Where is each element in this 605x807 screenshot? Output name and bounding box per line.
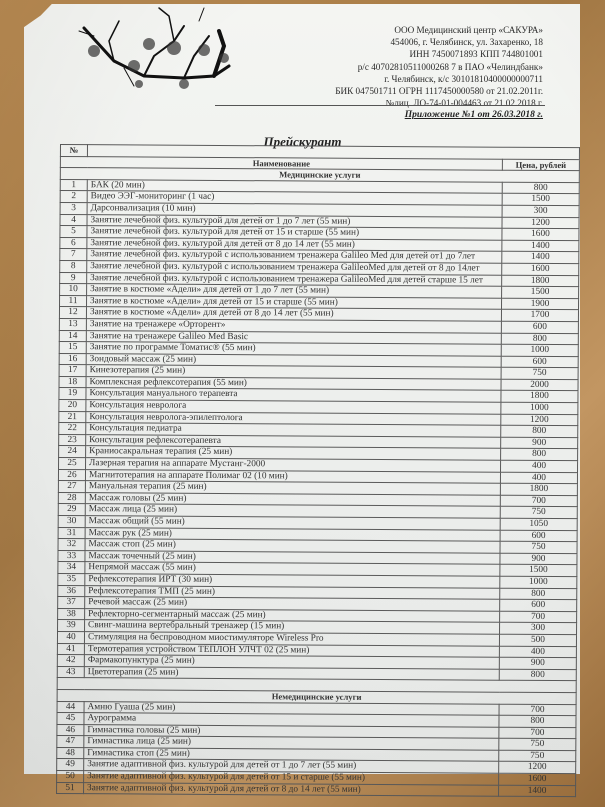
service-price: 400 xyxy=(499,646,576,658)
service-price: 1000 xyxy=(500,576,577,588)
sakura-branch-logo-icon xyxy=(64,6,234,91)
row-number: 23 xyxy=(59,434,86,446)
service-price: 300 xyxy=(502,205,579,217)
price-table: № Наименование Цена, рублей Медицинские … xyxy=(56,144,580,797)
row-number: 31 xyxy=(58,527,85,539)
row-number: 4 xyxy=(60,214,87,226)
row-number: 37 xyxy=(58,597,85,609)
service-price: 1000 xyxy=(501,344,578,356)
table-row: 51Занятие адаптивной физ. культурой для … xyxy=(57,782,576,797)
service-price: 1200 xyxy=(502,217,579,229)
annex-label: Приложение №1 от 26.03.2018 г. xyxy=(405,110,543,120)
service-price: 1200 xyxy=(501,414,578,426)
service-price: 1200 xyxy=(499,762,576,774)
header-divider xyxy=(215,105,545,106)
service-price: 900 xyxy=(501,437,578,449)
row-number: 12 xyxy=(59,307,86,319)
service-price: 750 xyxy=(500,507,577,519)
service-price: 1600 xyxy=(499,773,576,785)
row-number: 35 xyxy=(58,573,85,585)
service-price: 1000 xyxy=(501,402,578,414)
row-number: 22 xyxy=(59,423,86,435)
service-price: 900 xyxy=(500,553,577,565)
service-price: 1400 xyxy=(502,252,579,264)
column-header-num: № xyxy=(60,145,87,157)
row-number: 27 xyxy=(58,481,85,493)
company-requisites: ООО Медицинский центр «САКУРА» 454006, г… xyxy=(335,24,543,109)
row-number: 42 xyxy=(57,655,84,667)
service-name: Занятие адаптивной физ. культурой для де… xyxy=(84,782,499,796)
service-price: 700 xyxy=(499,727,576,739)
company-corr-account: г. Челябинск, к/с 30101810400000000711 xyxy=(335,73,543,85)
row-number: 48 xyxy=(57,747,84,759)
service-price: 500 xyxy=(499,634,576,646)
row-number: 6 xyxy=(60,237,87,249)
row-number: 45 xyxy=(57,713,84,725)
row-number: 41 xyxy=(57,643,84,655)
row-number: 20 xyxy=(59,400,86,412)
row-number: 10 xyxy=(60,284,87,296)
service-price: 1800 xyxy=(501,391,578,403)
company-name: ООО Медицинский центр «САКУРА» xyxy=(335,24,543,36)
service-price: 1600 xyxy=(502,263,579,275)
service-price: 1500 xyxy=(500,565,577,577)
service-price: 750 xyxy=(499,750,576,762)
service-price: 300 xyxy=(500,623,577,635)
column-header-price: Цена, рублей xyxy=(502,159,579,171)
service-price: 1600 xyxy=(502,228,579,240)
row-number: 40 xyxy=(57,631,84,643)
service-price: 900 xyxy=(499,657,576,669)
row-number: 49 xyxy=(57,759,84,771)
service-price: 1900 xyxy=(501,298,578,310)
row-number: 19 xyxy=(59,388,86,400)
row-number: 33 xyxy=(58,550,85,562)
company-license: №лиц. ЛО-74-01-004463 от 21.02.2018 г. xyxy=(335,97,543,109)
service-price: 1400 xyxy=(499,785,576,797)
service-price: 1800 xyxy=(500,483,577,495)
row-number: 38 xyxy=(58,608,85,620)
service-price: 600 xyxy=(501,321,578,333)
service-price: 1400 xyxy=(502,240,579,252)
row-number: 2 xyxy=(60,191,87,203)
service-price: 800 xyxy=(500,588,577,600)
row-number: 32 xyxy=(58,539,85,551)
service-price: 1050 xyxy=(500,518,577,530)
row-number: 1 xyxy=(60,179,87,191)
row-number: 36 xyxy=(58,585,85,597)
service-price: 750 xyxy=(500,541,577,553)
row-number: 39 xyxy=(58,620,85,632)
service-price: 400 xyxy=(500,472,577,484)
row-number: 21 xyxy=(59,411,86,423)
company-bik-ogrn: БИК 047501711 ОГРН 1117450000580 от 21.0… xyxy=(335,85,543,97)
row-number: 29 xyxy=(58,504,85,516)
service-price: 800 xyxy=(501,425,578,437)
row-number: 26 xyxy=(58,469,85,481)
row-number: 30 xyxy=(58,515,85,527)
service-price: 800 xyxy=(502,182,579,194)
row-number: 34 xyxy=(58,562,85,574)
service-price: 1500 xyxy=(502,286,579,298)
row-number: 25 xyxy=(59,458,86,470)
company-inn-kpp: ИНН 7450071893 КПП 744801001 xyxy=(335,48,543,60)
service-price: 750 xyxy=(501,367,578,379)
row-number: 28 xyxy=(58,492,85,504)
service-price: 600 xyxy=(501,356,578,368)
service-price: 700 xyxy=(500,495,577,507)
row-number: 24 xyxy=(59,446,86,458)
service-price: 700 xyxy=(499,704,576,716)
row-number: 8 xyxy=(60,260,87,272)
service-price: 800 xyxy=(499,669,576,681)
service-price: 800 xyxy=(501,449,578,461)
service-price: 700 xyxy=(500,611,577,623)
row-number: 43 xyxy=(57,666,84,678)
row-number: 47 xyxy=(57,736,84,748)
row-number: 13 xyxy=(59,318,86,330)
row-number: 7 xyxy=(60,249,87,261)
row-number: 44 xyxy=(57,701,84,713)
row-number: 51 xyxy=(57,782,84,794)
row-number: 17 xyxy=(59,365,86,377)
row-number: 3 xyxy=(60,202,87,214)
service-price: 600 xyxy=(500,599,577,611)
company-address: 454006, г. Челябинск, ул. Захаренко, 18 xyxy=(335,36,543,48)
service-price: 750 xyxy=(499,738,576,750)
row-number: 9 xyxy=(60,272,87,284)
service-price: 800 xyxy=(501,333,578,345)
row-number: 50 xyxy=(57,771,84,783)
row-number: 46 xyxy=(57,724,84,736)
row-number: 11 xyxy=(60,295,87,307)
row-number: 16 xyxy=(59,353,86,365)
service-price: 1500 xyxy=(502,194,579,206)
service-price: 400 xyxy=(501,460,578,472)
company-account: р/с 40702810511000268 7 в ПАО «Челиндбан… xyxy=(335,61,543,73)
row-number: 14 xyxy=(59,330,86,342)
service-price: 2000 xyxy=(501,379,578,391)
service-price: 600 xyxy=(500,530,577,542)
row-number: 15 xyxy=(59,342,86,354)
row-number: 5 xyxy=(60,226,87,238)
row-number: 18 xyxy=(59,376,86,388)
service-price: 800 xyxy=(499,715,576,727)
service-price: 1800 xyxy=(502,275,579,287)
service-price: 1700 xyxy=(501,310,578,322)
